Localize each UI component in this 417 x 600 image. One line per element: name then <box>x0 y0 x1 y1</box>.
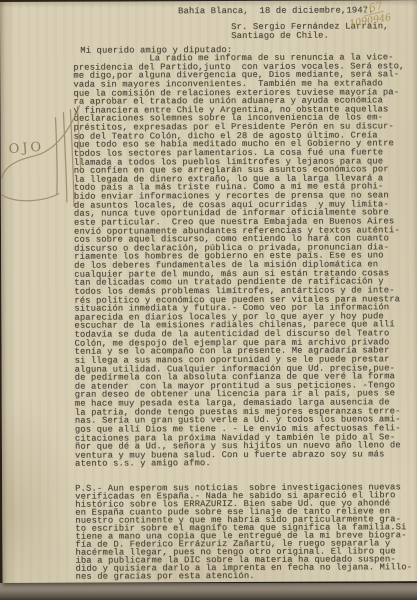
place-date-line: Bahía Blanca, 18 de diciembre,1947. <box>178 5 373 16</box>
scanned-letter: Bahía Blanca, 18 de diciembre,1947. Sr. … <box>0 0 417 600</box>
text-line: atento s.s. y amigo afmo. <box>75 459 406 469</box>
scan-bottom-edge <box>0 583 417 600</box>
text-line: nes de gracias por esta atención. <box>75 571 412 580</box>
margin-emphasis-strokes-icon <box>0 98 96 228</box>
letter-paper: Bahía Blanca, 18 de diciembre,1947. Sr. … <box>0 0 417 583</box>
postscript-block: P.S.- Aun esperom sus noticias sobre inv… <box>75 483 412 580</box>
letter-body: La radio me informa de su renuncia a la … <box>73 53 406 468</box>
text-line: Santiago de Chile. <box>231 32 388 42</box>
